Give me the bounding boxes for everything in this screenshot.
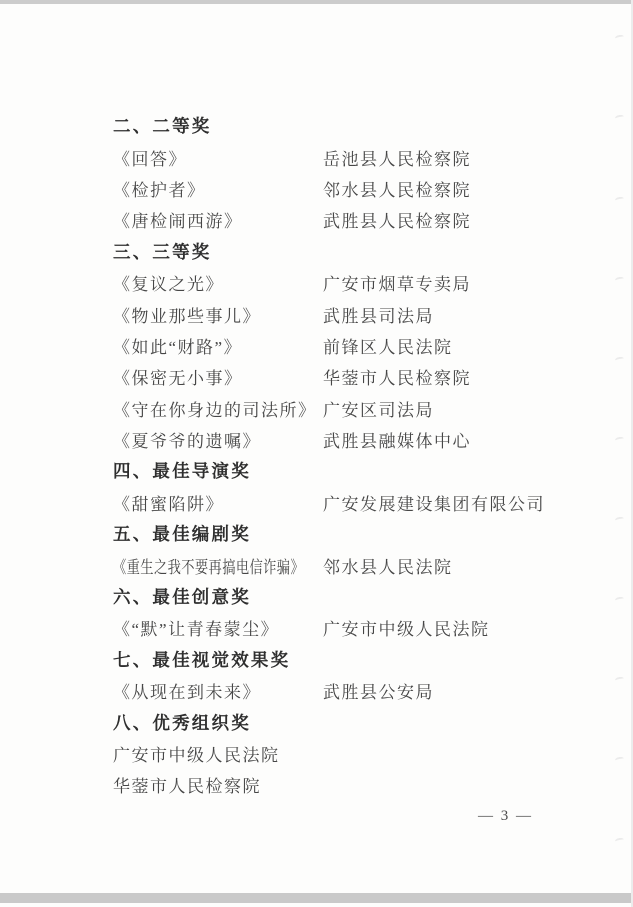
scan-artifact bbox=[615, 756, 625, 763]
organization-name: 前锋区人民法院 bbox=[323, 333, 453, 358]
award-list: 二、二等奖 《回答》 岳池县人民检察院 《检护者》 邻水县人民检察院 《唐检闹西… bbox=[113, 110, 573, 801]
section-heading-best-director: 四、最佳导演奖 bbox=[113, 455, 573, 486]
work-title: 《复议之光》 bbox=[113, 270, 224, 295]
award-entry-row: 《检护者》 邻水县人民检察院 bbox=[113, 173, 573, 204]
award-entry-row: 《守在你身边的司法所》 广安区司法局 bbox=[113, 393, 573, 424]
organization-name: 华蓥市人民检察院 bbox=[113, 772, 261, 797]
section-heading-third-prize: 三、三等奖 bbox=[113, 236, 573, 267]
scan-edge-bottom bbox=[0, 893, 633, 903]
organization-name: 广安市烟草专卖局 bbox=[323, 270, 471, 295]
scan-artifact bbox=[615, 34, 625, 41]
award-entry-row: 《物业那些事儿》 武胜县司法局 bbox=[113, 298, 573, 329]
organization-name: 广安区司法局 bbox=[323, 396, 434, 421]
work-title: 《唐检闹西游》 bbox=[113, 207, 243, 232]
section-heading-second-prize: 二、二等奖 bbox=[113, 110, 573, 141]
scanned-document-page: { "page": { "page_number": "— 3 —", "col… bbox=[0, 0, 633, 907]
section-heading-outstanding-organization: 八、优秀组织奖 bbox=[113, 706, 573, 737]
award-entry-row: 华蓥市人民检察院 bbox=[113, 769, 573, 800]
work-title: 《夏爷爷的遗嘱》 bbox=[113, 427, 261, 452]
work-title: 《守在你身边的司法所》 bbox=[113, 396, 317, 421]
scan-artifact bbox=[615, 596, 625, 603]
organization-name: 岳池县人民检察院 bbox=[323, 145, 471, 170]
award-entry-row: 《回答》 岳池县人民检察院 bbox=[113, 141, 573, 172]
award-entry-row: 《夏爷爷的遗嘱》 武胜县融媒体中心 bbox=[113, 424, 573, 455]
page-number: — 3 — bbox=[478, 808, 533, 825]
organization-name: 武胜县司法局 bbox=[323, 302, 434, 327]
work-title: 《甜蜜陷阱》 bbox=[113, 490, 224, 515]
work-title: 《重生之我不要再搞电信诈骗》 bbox=[113, 553, 304, 578]
award-entry-row: 《从现在到未来》 武胜县公安局 bbox=[113, 675, 573, 706]
scan-artifact bbox=[615, 516, 625, 523]
scan-artifact bbox=[615, 114, 625, 121]
work-title: 《如此“财路”》 bbox=[113, 333, 242, 358]
award-entry-row: 《“默”让青春蒙尘》 广安市中级人民法院 bbox=[113, 612, 573, 643]
work-title: 《回答》 bbox=[113, 145, 187, 170]
organization-name: 华蓥市人民检察院 bbox=[323, 364, 471, 389]
organization-name: 广安发展建设集团有限公司 bbox=[323, 490, 545, 515]
work-title: 《保密无小事》 bbox=[113, 364, 243, 389]
award-entry-row: 《如此“财路”》 前锋区人民法院 bbox=[113, 330, 573, 361]
organization-name: 广安市中级人民法院 bbox=[323, 615, 490, 640]
award-entry-row: 《唐检闹西游》 武胜县人民检察院 bbox=[113, 204, 573, 235]
award-entry-row: 《保密无小事》 华蓥市人民检察院 bbox=[113, 361, 573, 392]
award-entry-row: 广安市中级人民法院 bbox=[113, 738, 573, 769]
organization-name: 武胜县人民检察院 bbox=[323, 207, 471, 232]
scan-artifact bbox=[615, 276, 625, 283]
section-heading-best-screenplay: 五、最佳编剧奖 bbox=[113, 518, 573, 549]
award-entry-row: 《复议之光》 广安市烟草专卖局 bbox=[113, 267, 573, 298]
organization-name: 邻水县人民法院 bbox=[323, 553, 453, 578]
scan-artifact bbox=[615, 676, 625, 683]
section-heading-best-creativity: 六、最佳创意奖 bbox=[113, 581, 573, 612]
award-entry-row: 《重生之我不要再搞电信诈骗》 邻水县人民法院 bbox=[113, 549, 573, 580]
work-title: 《“默”让青春蒙尘》 bbox=[113, 615, 279, 640]
organization-name: 广安市中级人民法院 bbox=[113, 741, 280, 766]
work-title: 《检护者》 bbox=[113, 176, 206, 201]
work-title: 《物业那些事儿》 bbox=[113, 302, 261, 327]
organization-name: 武胜县融媒体中心 bbox=[323, 427, 471, 452]
scan-edge-top bbox=[0, 0, 633, 4]
award-entry-row: 《甜蜜陷阱》 广安发展建设集团有限公司 bbox=[113, 487, 573, 518]
scan-artifact bbox=[615, 436, 625, 443]
scan-artifact bbox=[615, 837, 625, 844]
work-title: 《从现在到未来》 bbox=[113, 678, 261, 703]
section-heading-best-visual-effects: 七、最佳视觉效果奖 bbox=[113, 644, 573, 675]
scan-artifact bbox=[615, 356, 625, 363]
scan-artifact bbox=[615, 196, 625, 203]
organization-name: 邻水县人民检察院 bbox=[323, 176, 471, 201]
organization-name: 武胜县公安局 bbox=[323, 678, 434, 703]
